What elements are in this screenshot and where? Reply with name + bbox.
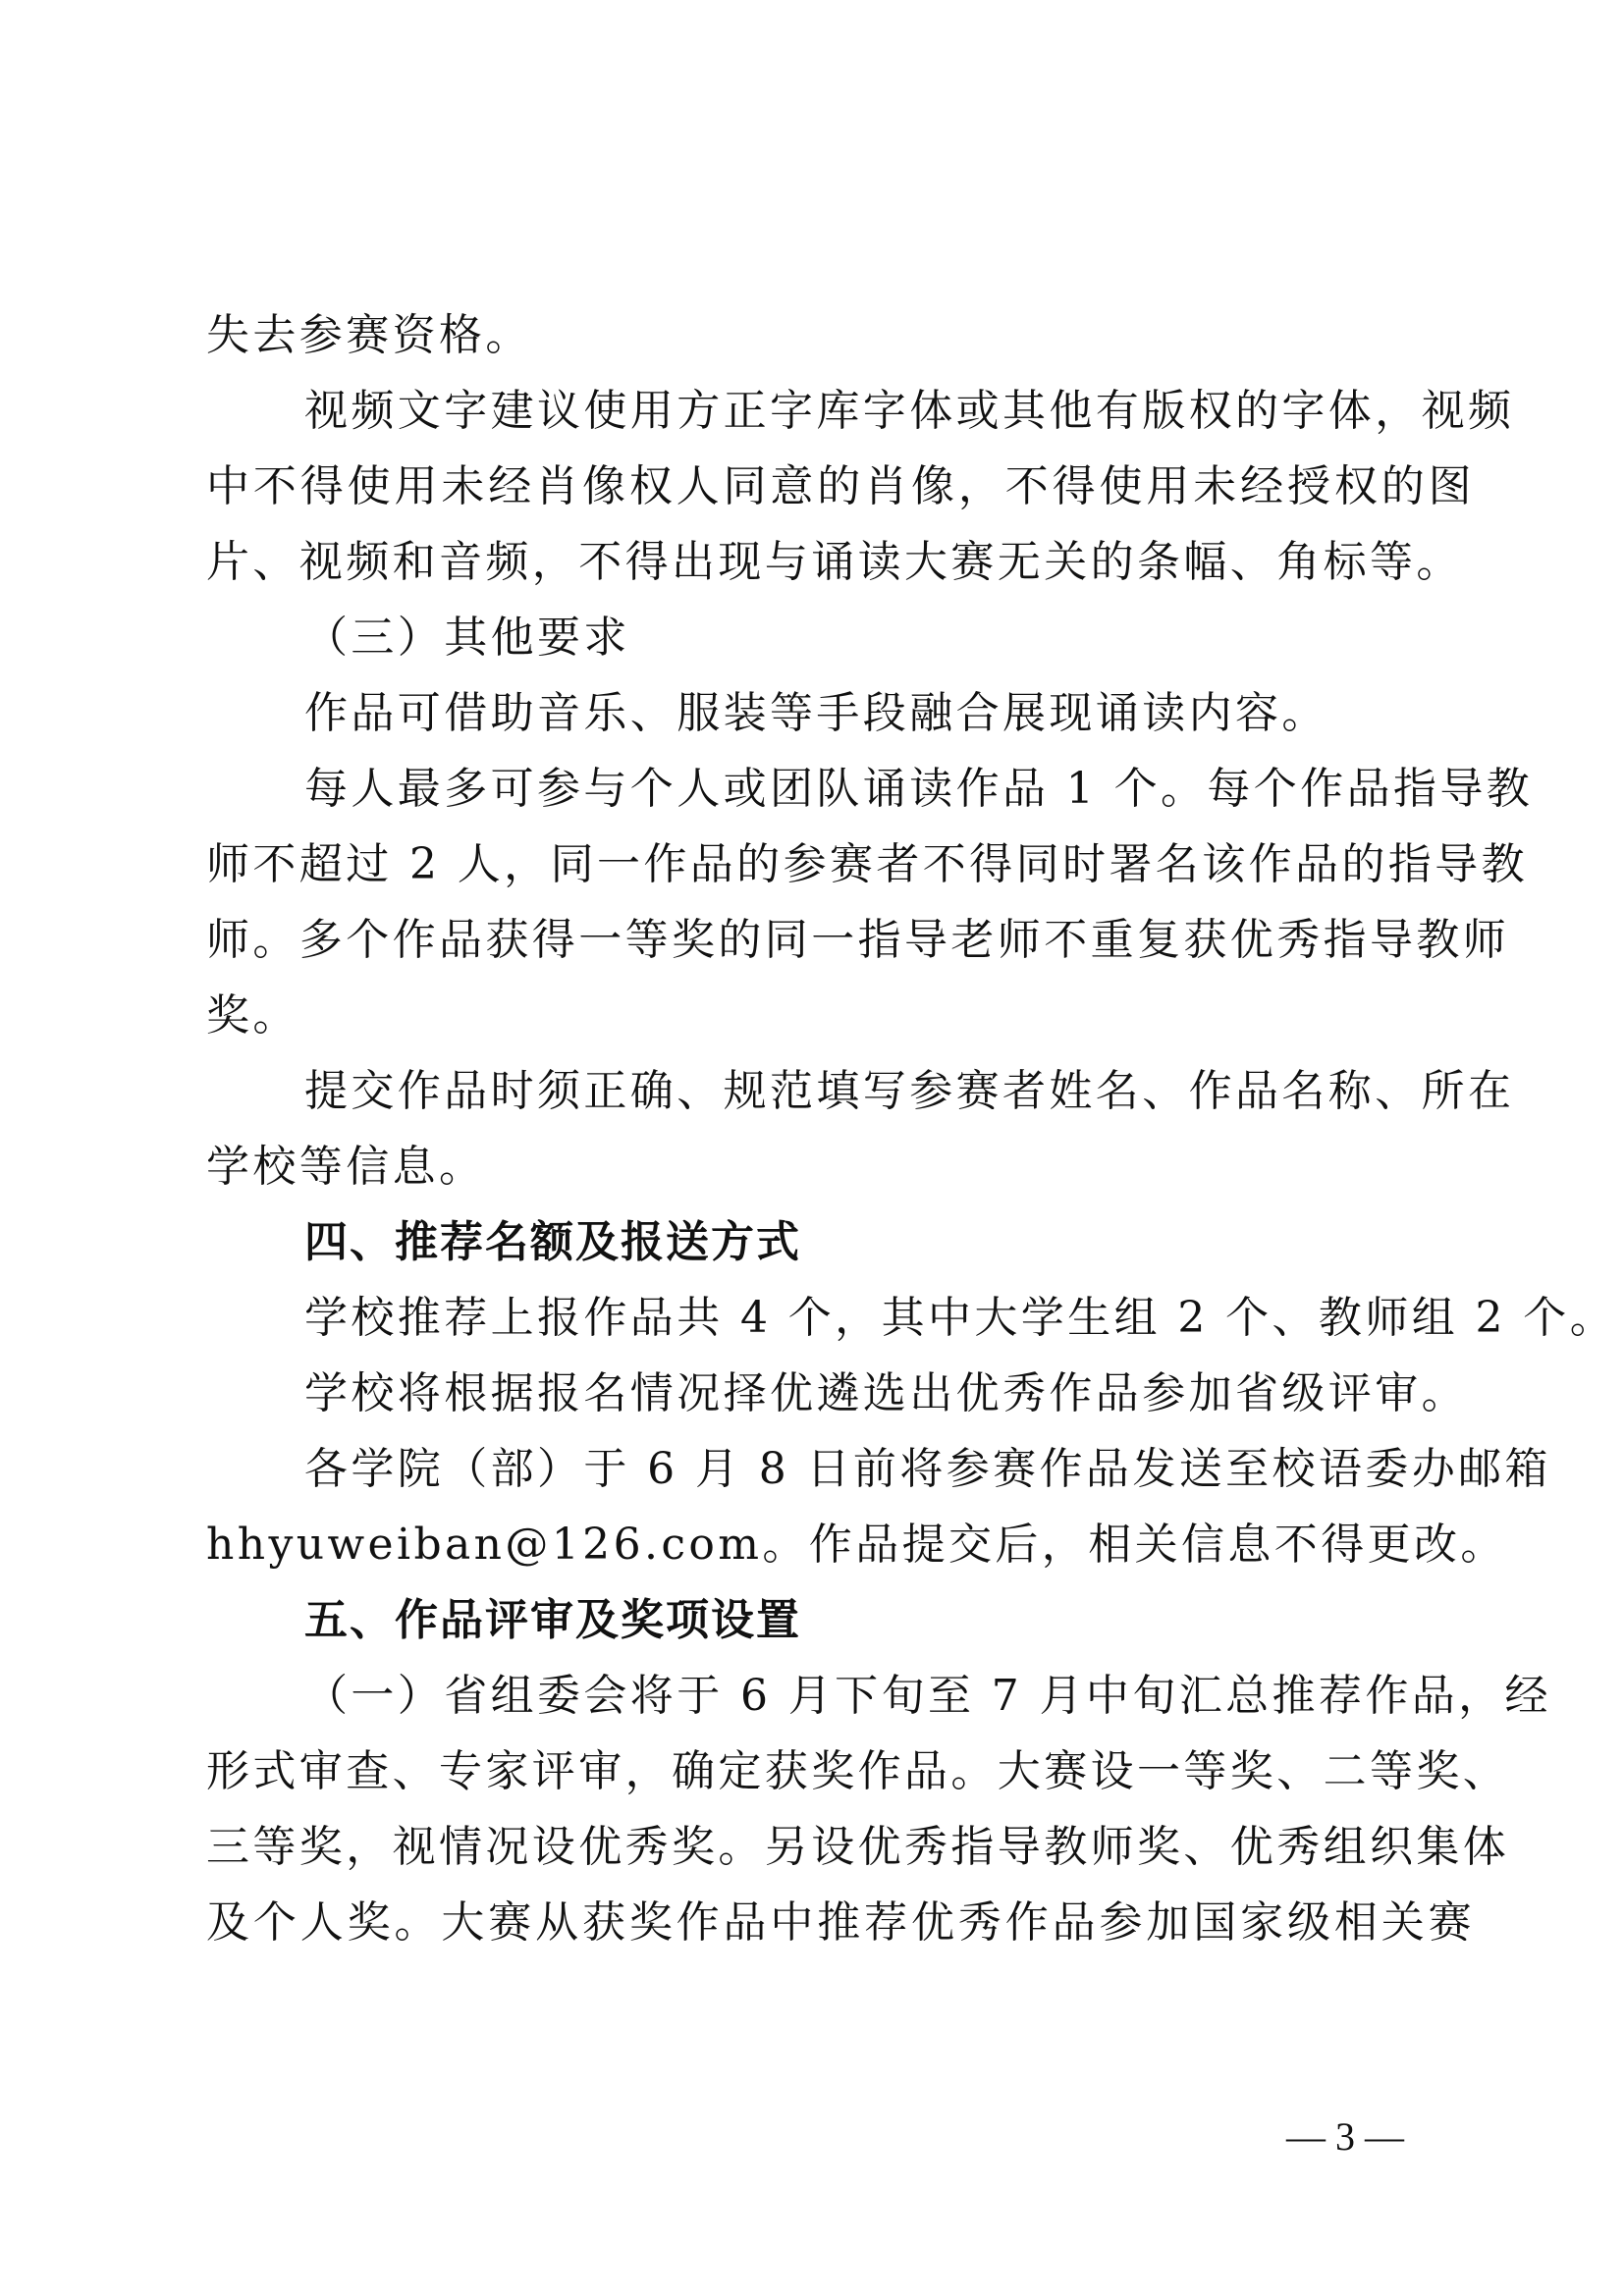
section-heading: 四、推荐名额及报送方式 (206, 1213, 1475, 1272)
text-line: （一）省组委会将于 6 月下旬至 7 月中旬汇总推荐作品，经 (206, 1667, 1475, 1726)
text-line: 三等奖，视情况设优秀奖。另设优秀指导教师奖、优秀组织集体 (206, 1818, 1475, 1877)
text-line: 提交作品时须正确、规范填写参赛者姓名、作品名称、所在 (206, 1062, 1475, 1121)
subsection-heading: （三）其他要求 (206, 609, 1475, 667)
text-line: 学校将根据报名情况择优遴选出优秀作品参加省级评审。 (206, 1364, 1475, 1423)
text-line: 形式审查、专家评审，确定获奖作品。大赛设一等奖、二等奖、 (206, 1742, 1475, 1801)
section-heading: 五、作品评审及奖项设置 (206, 1591, 1475, 1650)
text-line: 学校推荐上报作品共 4 个，其中大学生组 2 个、教师组 2 个。 (206, 1289, 1475, 1348)
text-line: 失去参赛资格。 (206, 306, 1475, 365)
document-page: 失去参赛资格。 视频文字建议使用方正字库字体或其他有版权的字体，视频 中不得使用… (0, 0, 1624, 2296)
text-line: 片、视频和音频，不得出现与诵读大赛无关的条幅、角标等。 (206, 533, 1475, 592)
text-line: 每人最多可参与个人或团队诵读作品 1 个。每个作品指导教 (206, 760, 1475, 819)
text-line: 奖。 (206, 987, 1475, 1045)
text-line: 视频文字建议使用方正字库字体或其他有版权的字体，视频 (206, 382, 1475, 441)
email-line: hhyuweiban@126.com。作品提交后，相关信息不得更改。 (206, 1516, 1475, 1575)
text-line: 学校等信息。 (206, 1138, 1475, 1197)
page-number: — 3 — (1286, 2112, 1404, 2162)
text-line: 及个人奖。大赛从获奖作品中推荐优秀作品参加国家级相关赛 (206, 1894, 1475, 1952)
text-line: 师。多个作品获得一等奖的同一指导老师不重复获优秀指导教师 (206, 911, 1475, 970)
text-line: 各学院（部）于 6 月 8 日前将参赛作品发送至校语委办邮箱 (206, 1440, 1475, 1499)
text-line: 师不超过 2 人，同一作品的参赛者不得同时署名该作品的指导教 (206, 835, 1475, 894)
text-line: 作品可借助音乐、服装等手段融合展现诵读内容。 (206, 684, 1475, 743)
text-line: 中不得使用未经肖像权人同意的肖像，不得使用未经授权的图 (206, 457, 1475, 516)
